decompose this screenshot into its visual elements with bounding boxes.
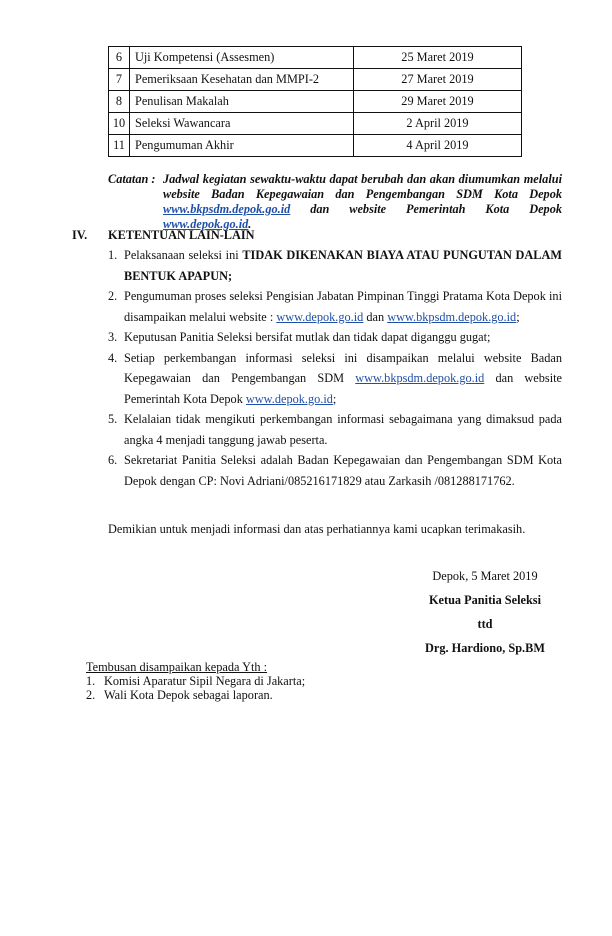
row-activity: Pemeriksaan Kesehatan dan MMPI-2 xyxy=(130,69,354,91)
item-text: Kelalaian tidak mengikuti perkembangan i… xyxy=(124,412,562,447)
table-row: 7 Pemeriksaan Kesehatan dan MMPI-2 27 Ma… xyxy=(109,69,522,91)
row-number: 11 xyxy=(109,135,130,157)
section-number: IV. xyxy=(72,228,108,243)
item-number: 4. xyxy=(108,348,117,369)
signer-role: Ketua Panitia Seleksi xyxy=(400,588,570,612)
item-number: 3. xyxy=(108,327,117,348)
table-row: 6 Uji Kompetensi (Assesmen) 25 Maret 201… xyxy=(109,47,522,69)
table-row: 8 Penulisan Makalah 29 Maret 2019 xyxy=(109,91,522,113)
row-activity: Penulisan Makalah xyxy=(130,91,354,113)
list-item: 1. Komisi Aparatur Sipil Negara di Jakar… xyxy=(86,674,305,688)
row-number: 8 xyxy=(109,91,130,113)
row-date: 29 Maret 2019 xyxy=(354,91,522,113)
copies-heading: Tembusan disampaikan kepada Yth : xyxy=(86,660,305,674)
row-number: 10 xyxy=(109,113,130,135)
copies-block: Tembusan disampaikan kepada Yth : 1. Kom… xyxy=(86,660,305,702)
place-date: Depok, 5 Maret 2019 xyxy=(400,564,570,588)
row-date: 2 April 2019 xyxy=(354,113,522,135)
row-activity: Uji Kompetensi (Assesmen) xyxy=(130,47,354,69)
item-text: Wali Kota Depok sebagai laporan. xyxy=(104,688,273,702)
row-activity: Seleksi Wawancara xyxy=(130,113,354,135)
signature-ttd: ttd xyxy=(400,612,570,636)
bkpsdm-link[interactable]: www.bkpsdm.depok.go.id xyxy=(355,371,484,385)
item-text: Komisi Aparatur Sipil Negara di Jakarta; xyxy=(104,674,305,688)
list-item: 6. Sekretariat Panitia Seleksi adalah Ba… xyxy=(108,450,562,491)
list-item: 4. Setiap perkembangan informasi seleksi… xyxy=(108,348,562,410)
schedule-table: 6 Uji Kompetensi (Assesmen) 25 Maret 201… xyxy=(108,46,522,157)
list-item: 2. Wali Kota Depok sebagai laporan. xyxy=(86,688,305,702)
item-number: 1. xyxy=(86,674,95,688)
list-item: 2. Pengumuman proses seleksi Pengisian J… xyxy=(108,286,562,327)
item-text: ; xyxy=(516,310,519,324)
row-date: 25 Maret 2019 xyxy=(354,47,522,69)
item-number: 2. xyxy=(86,688,95,702)
item-number: 1. xyxy=(108,245,117,266)
item-text: ; xyxy=(333,392,336,406)
signer-name: Drg. Hardiono, Sp.BM xyxy=(400,636,570,660)
depok-link[interactable]: www.depok.go.id xyxy=(276,310,363,324)
row-date: 4 April 2019 xyxy=(354,135,522,157)
note-label: Catatan : xyxy=(108,172,156,187)
bkpsdm-link[interactable]: www.bkpsdm.depok.go.id xyxy=(163,202,290,216)
list-item: 5. Kelalaian tidak mengikuti perkembanga… xyxy=(108,409,562,450)
section-title: KETENTUAN LAIN-LAIN xyxy=(108,228,255,242)
item-number: 6. xyxy=(108,450,117,471)
item-text: Sekretariat Panitia Seleksi adalah Badan… xyxy=(124,453,562,488)
table-row: 10 Seleksi Wawancara 2 April 2019 xyxy=(109,113,522,135)
depok-link[interactable]: www.depok.go.id xyxy=(246,392,333,406)
note-line-2: website Badan Kepegawaian dan Pengembang… xyxy=(163,187,562,202)
section-heading: IV.KETENTUAN LAIN-LAIN xyxy=(72,228,255,243)
note-mid: dan website Pemerintah Kota Depok xyxy=(290,202,562,216)
row-date: 27 Maret 2019 xyxy=(354,69,522,91)
bkpsdm-link[interactable]: www.bkpsdm.depok.go.id xyxy=(387,310,516,324)
row-number: 7 xyxy=(109,69,130,91)
list-item: 3. Keputusan Panitia Seleksi bersifat mu… xyxy=(108,327,562,348)
item-text: Pelaksanaan seleksi ini xyxy=(124,248,242,262)
row-number: 6 xyxy=(109,47,130,69)
item-number: 5. xyxy=(108,409,117,430)
row-activity: Pengumuman Akhir xyxy=(130,135,354,157)
item-text: Keputusan Panitia Seleksi bersifat mutla… xyxy=(124,330,490,344)
schedule-note: Catatan : Jadwal kegiatan sewaktu-waktu … xyxy=(108,172,562,232)
item-text: dan xyxy=(363,310,387,324)
note-line-1: Jadwal kegiatan sewaktu-waktu dapat beru… xyxy=(163,172,562,187)
signature-block: Depok, 5 Maret 2019 Ketua Panitia Seleks… xyxy=(400,564,570,660)
list-item: 1. Pelaksanaan seleksi ini TIDAK DIKENAK… xyxy=(108,245,562,286)
item-number: 2. xyxy=(108,286,117,307)
closing-statement: Demikian untuk menjadi informasi dan ata… xyxy=(108,522,525,537)
table-row: 11 Pengumuman Akhir 4 April 2019 xyxy=(109,135,522,157)
provisions-list: 1. Pelaksanaan seleksi ini TIDAK DIKENAK… xyxy=(108,245,562,491)
